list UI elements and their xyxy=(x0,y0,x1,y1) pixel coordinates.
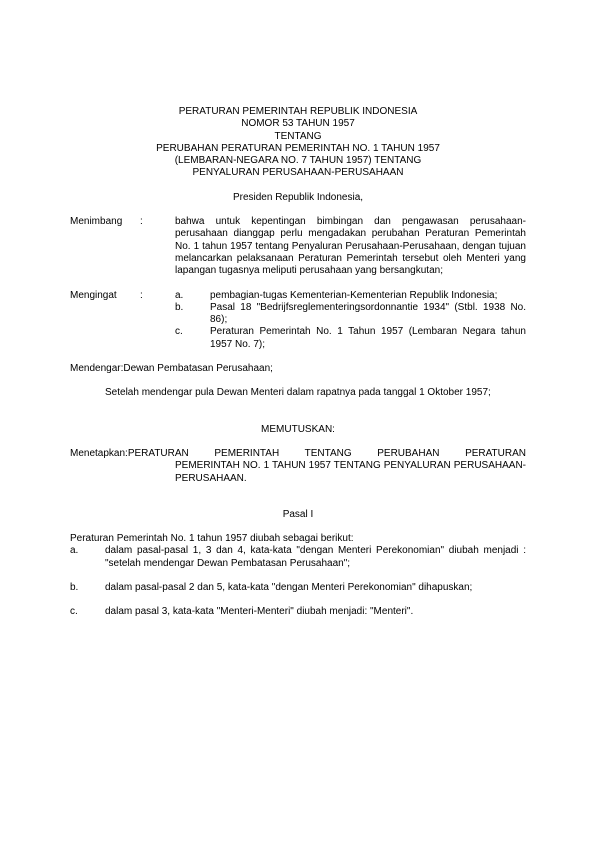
list-item: c. dalam pasal 3, kata-kata "Menteri-Men… xyxy=(70,606,526,618)
list-text: dalam pasal 3, kata-kata "Menteri-Menter… xyxy=(105,606,526,618)
setelah-paragraph: Setelah mendengar pula Dewan Menteri dal… xyxy=(70,387,526,399)
document-title: PERATURAN PEMERINTAH REPUBLIK INDONESIA … xyxy=(70,106,526,180)
president-line: Presiden Republik Indonesia, xyxy=(70,192,526,204)
mengingat-list: a. pembagian-tugas Kementerian-Kementeri… xyxy=(175,290,526,351)
list-text: dalam pasal-pasal 1, 3 dan 4, kata-kata … xyxy=(105,545,526,570)
list-item: b. Pasal 18 "Bedrijfsreglementeringsordo… xyxy=(175,302,526,327)
menetapkan-section: Menetapkan: PERATURAN PEMERINTAH TENTANG… xyxy=(70,448,526,485)
title-line: PERUBAHAN PERATURAN PEMERINTAH NO. 1 TAH… xyxy=(70,143,526,155)
mengingat-section: Mengingat : a. pembagian-tugas Kementeri… xyxy=(70,290,526,351)
list-text: pembagian-tugas Kementerian-Kementerian … xyxy=(210,290,526,302)
pasal-heading: Pasal I xyxy=(70,509,526,521)
list-item: c. Peraturan Pemerintah No. 1 Tahun 1957… xyxy=(175,326,526,351)
menimbang-text: bahwa untuk kepentingan bimbingan dan pe… xyxy=(175,216,526,277)
mengingat-label: Mengingat xyxy=(70,290,140,351)
list-item: b. dalam pasal-pasal 2 dan 5, kata-kata … xyxy=(70,582,526,594)
mendengar-line: Mendengar:Dewan Pembatasan Perusahaan; xyxy=(70,363,526,375)
list-letter: b. xyxy=(175,302,210,327)
menimbang-section: Menimbang : bahwa untuk kepentingan bimb… xyxy=(70,216,526,277)
list-letter: c. xyxy=(70,606,105,618)
menetapkan-rest: PEMERINTAH NO. 1 TAHUN 1957 TENTANG PENY… xyxy=(175,460,526,485)
list-text: Peraturan Pemerintah No. 1 Tahun 1957 (L… xyxy=(210,326,526,351)
menetapkan-label: Menetapkan: xyxy=(70,448,128,460)
list-item: a. pembagian-tugas Kementerian-Kementeri… xyxy=(175,290,526,302)
title-line: NOMOR 53 TAHUN 1957 xyxy=(70,118,526,130)
title-line: PERATURAN PEMERINTAH REPUBLIK INDONESIA xyxy=(70,106,526,118)
document-page: PERATURAN PEMERINTAH REPUBLIK INDONESIA … xyxy=(70,106,526,619)
menimbang-colon: : xyxy=(140,216,175,277)
list-letter: c. xyxy=(175,326,210,351)
list-letter: b. xyxy=(70,582,105,594)
pasal-intro: Peraturan Pemerintah No. 1 tahun 1957 di… xyxy=(70,533,526,545)
list-letter: a. xyxy=(175,290,210,302)
title-line: (LEMBARAN-NEGARA NO. 7 TAHUN 1957) TENTA… xyxy=(70,155,526,167)
title-line: TENTANG xyxy=(70,131,526,143)
title-line: PENYALURAN PERUSAHAAN-PERUSAHAAN xyxy=(70,167,526,179)
menetapkan-first-line: PERATURAN PEMERINTAH TENTANG PERUBAHAN P… xyxy=(128,448,526,460)
list-text: Pasal 18 "Bedrijfsreglementeringsordonna… xyxy=(210,302,526,327)
memutuskan-heading: MEMUTUSKAN: xyxy=(70,424,526,436)
list-item: a. dalam pasal-pasal 1, 3 dan 4, kata-ka… xyxy=(70,545,526,570)
list-letter: a. xyxy=(70,545,105,570)
mengingat-colon: : xyxy=(140,290,175,351)
list-text: dalam pasal-pasal 2 dan 5, kata-kata "de… xyxy=(105,582,526,594)
menimbang-label: Menimbang xyxy=(70,216,140,277)
